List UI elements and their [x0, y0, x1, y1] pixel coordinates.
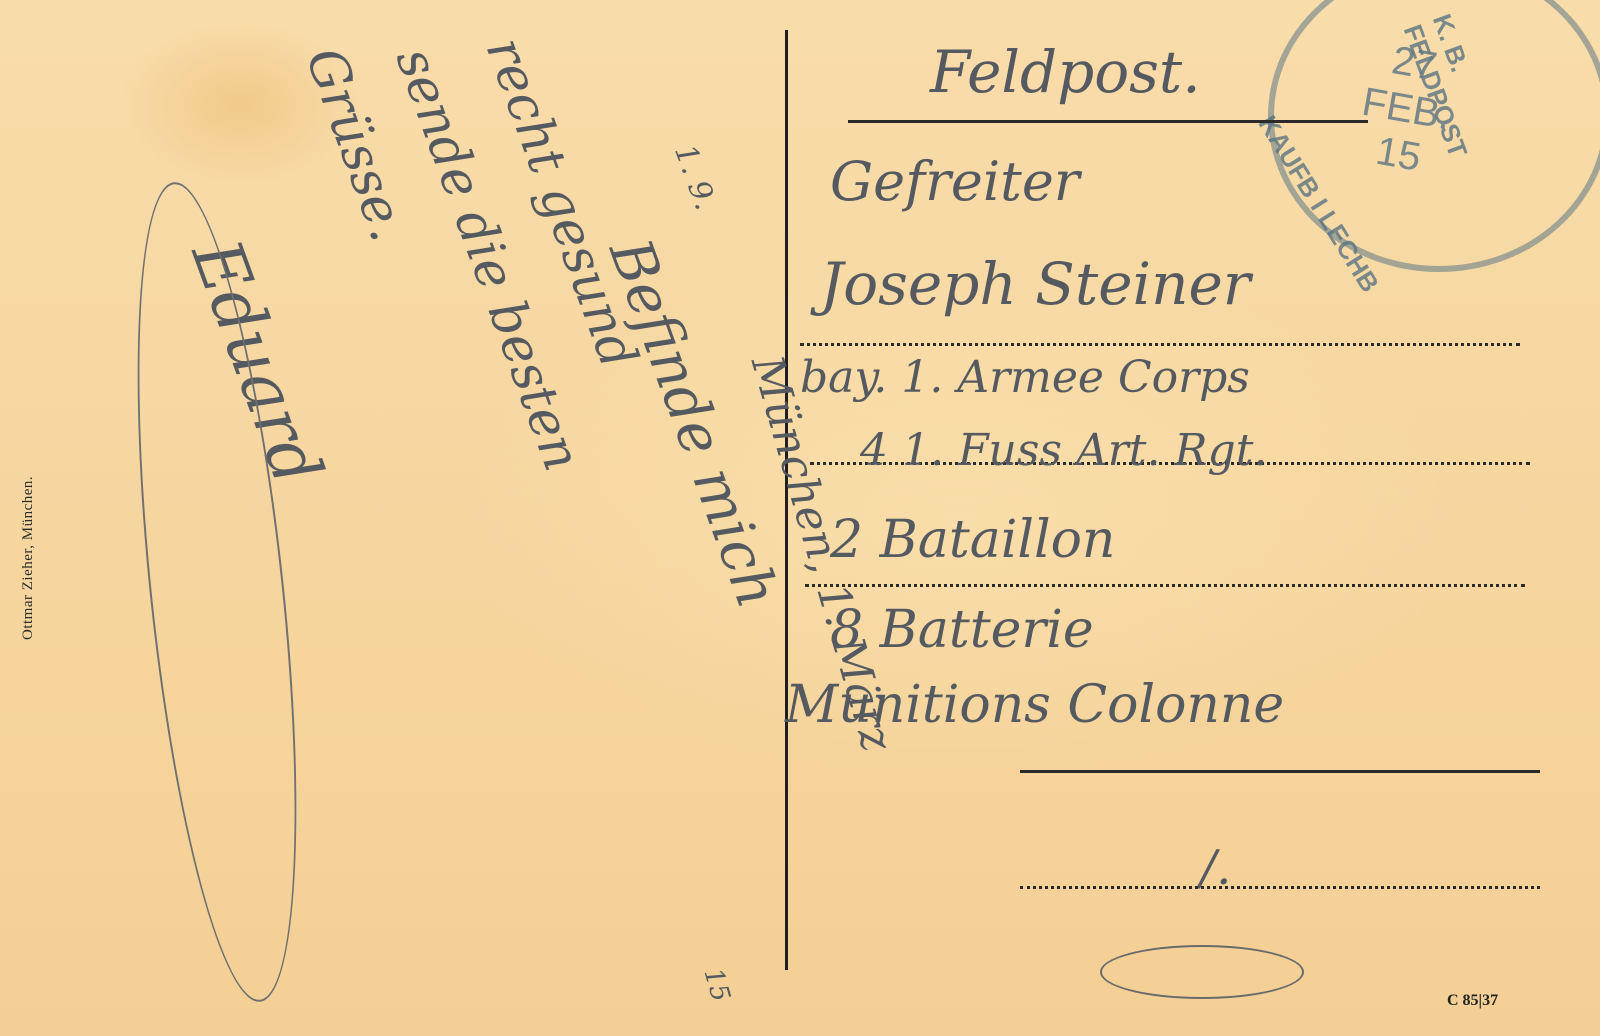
- address-rule-1: [848, 120, 1368, 123]
- flourish-oval: [1100, 945, 1304, 999]
- address-header: Feldpost.: [930, 38, 1201, 106]
- publisher-imprint: Ottmar Zieher, München.: [20, 476, 37, 640]
- address-rule-6: [1020, 886, 1540, 889]
- address-line-corps: bay. 1. Armee Corps: [800, 352, 1250, 403]
- message-line-1: 1. 9.: [667, 140, 723, 215]
- address-line-rank: Gefreiter: [830, 150, 1080, 213]
- signature-flourish: [107, 175, 326, 1008]
- postcard-back: Ottmar Zieher, München. 27 FEB. 15 KAUFB…: [0, 0, 1600, 1036]
- address-rule-4: [805, 584, 1525, 587]
- address-line-regiment: 4 1. Fuss Art. Rgt.: [860, 425, 1267, 476]
- address-rule-2: [800, 343, 1520, 346]
- address-line-battalion: 2 Bataillon: [830, 510, 1115, 570]
- place-date-year: 15: [698, 965, 736, 1005]
- series-number: C 85|37: [1447, 992, 1498, 1010]
- address-line-name: Joseph Steiner: [820, 250, 1251, 318]
- address-rule-5: [1020, 770, 1540, 773]
